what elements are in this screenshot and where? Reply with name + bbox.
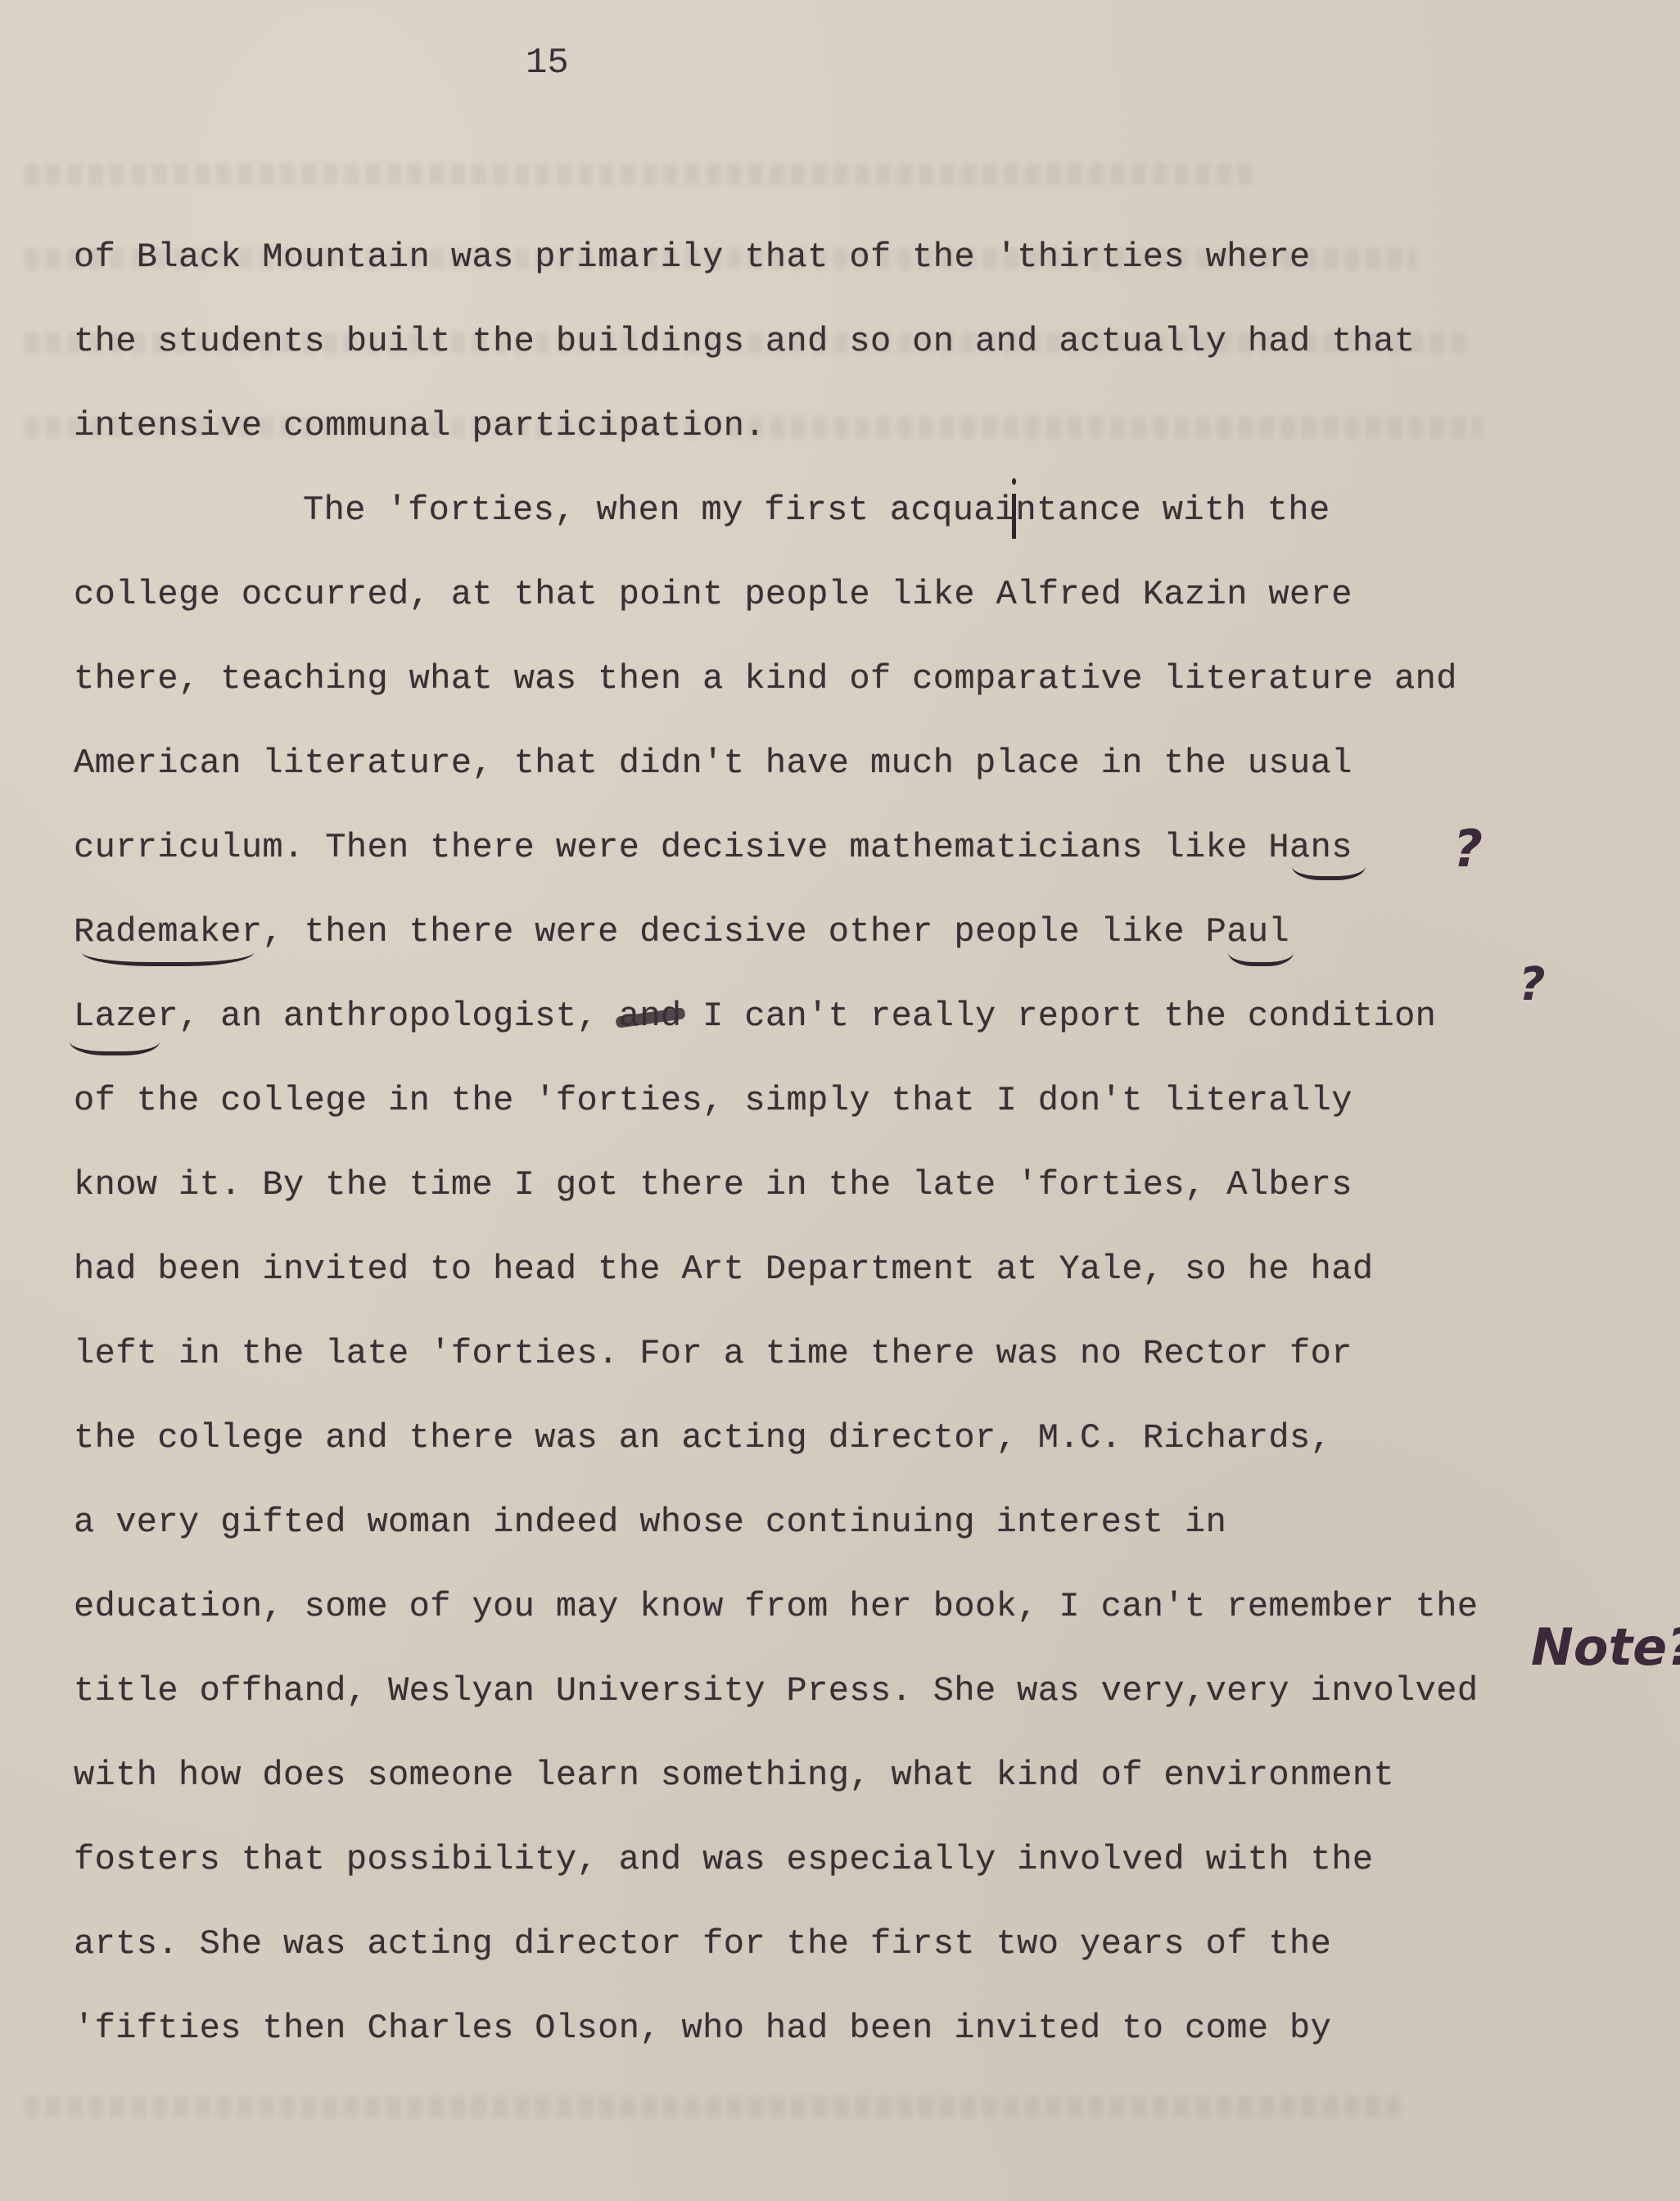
- text-line: Rademaker, then there were decisive othe…: [74, 912, 1289, 951]
- text-line-with-strikeout: Lazer, an anthropologist, and I can't re…: [74, 997, 1436, 1036]
- text-line: arts. She was acting director for the fi…: [74, 1924, 1331, 1964]
- margin-note-query: Note?: [1531, 1617, 1680, 1677]
- text-line: left in the late 'forties. For a time th…: [74, 1334, 1353, 1373]
- text-line: college occurred, at that point people l…: [74, 575, 1353, 614]
- text-line: intensive communal participation.: [74, 406, 765, 445]
- struck-out-word: and: [619, 997, 682, 1036]
- text-line: the students built the buildings and so …: [74, 322, 1416, 361]
- text-line: there, teaching what was then a kind of …: [74, 659, 1457, 698]
- underline-lazer: [70, 1042, 160, 1055]
- text-line: curriculum. Then there were decisive mat…: [74, 828, 1353, 867]
- underline-hans: [1292, 866, 1366, 880]
- text-line: the college and there was an acting dire…: [74, 1418, 1331, 1458]
- margin-query-hans: ?: [1453, 819, 1483, 879]
- insertion-mark-dot: [1012, 478, 1016, 485]
- text-line: title offhand, Weslyan University Press.…: [74, 1671, 1478, 1711]
- underline-rademaker: [82, 952, 254, 966]
- margin-query-paul: ?: [1519, 958, 1545, 1011]
- paragraph-start-line: The 'forties, when my first acquaintance…: [303, 490, 1330, 530]
- bleed-through-text: [25, 2096, 1400, 2117]
- text-line: 'fifties then Charles Olson, who had bee…: [74, 2009, 1331, 2048]
- text-line: fosters that possibility, and was especi…: [74, 1840, 1373, 1879]
- text-line: of Black Mountain was primarily that of …: [74, 237, 1311, 277]
- insertion-mark-stroke: [1012, 494, 1016, 539]
- bleed-through-text: [25, 164, 1253, 185]
- text-line: education, some of you may know from her…: [74, 1587, 1478, 1626]
- page-number: 15: [526, 43, 569, 84]
- text-line: of the college in the 'forties, simply t…: [74, 1081, 1353, 1120]
- text-line: a very gifted woman indeed whose continu…: [74, 1503, 1226, 1542]
- text-segment: Lazer, an anthropologist,: [74, 997, 598, 1036]
- text-line: had been invited to head the Art Departm…: [74, 1250, 1373, 1289]
- text-line: know it. By the time I got there in the …: [74, 1165, 1353, 1204]
- text-line: with how does someone learn something, w…: [74, 1756, 1394, 1795]
- underline-paul: [1228, 952, 1294, 966]
- text-segment: I can't really report the condition: [682, 997, 1437, 1036]
- text-line: American literature, that didn't have mu…: [74, 743, 1353, 783]
- typewritten-page: 15 of Black Mountain was primarily that …: [0, 0, 1680, 2201]
